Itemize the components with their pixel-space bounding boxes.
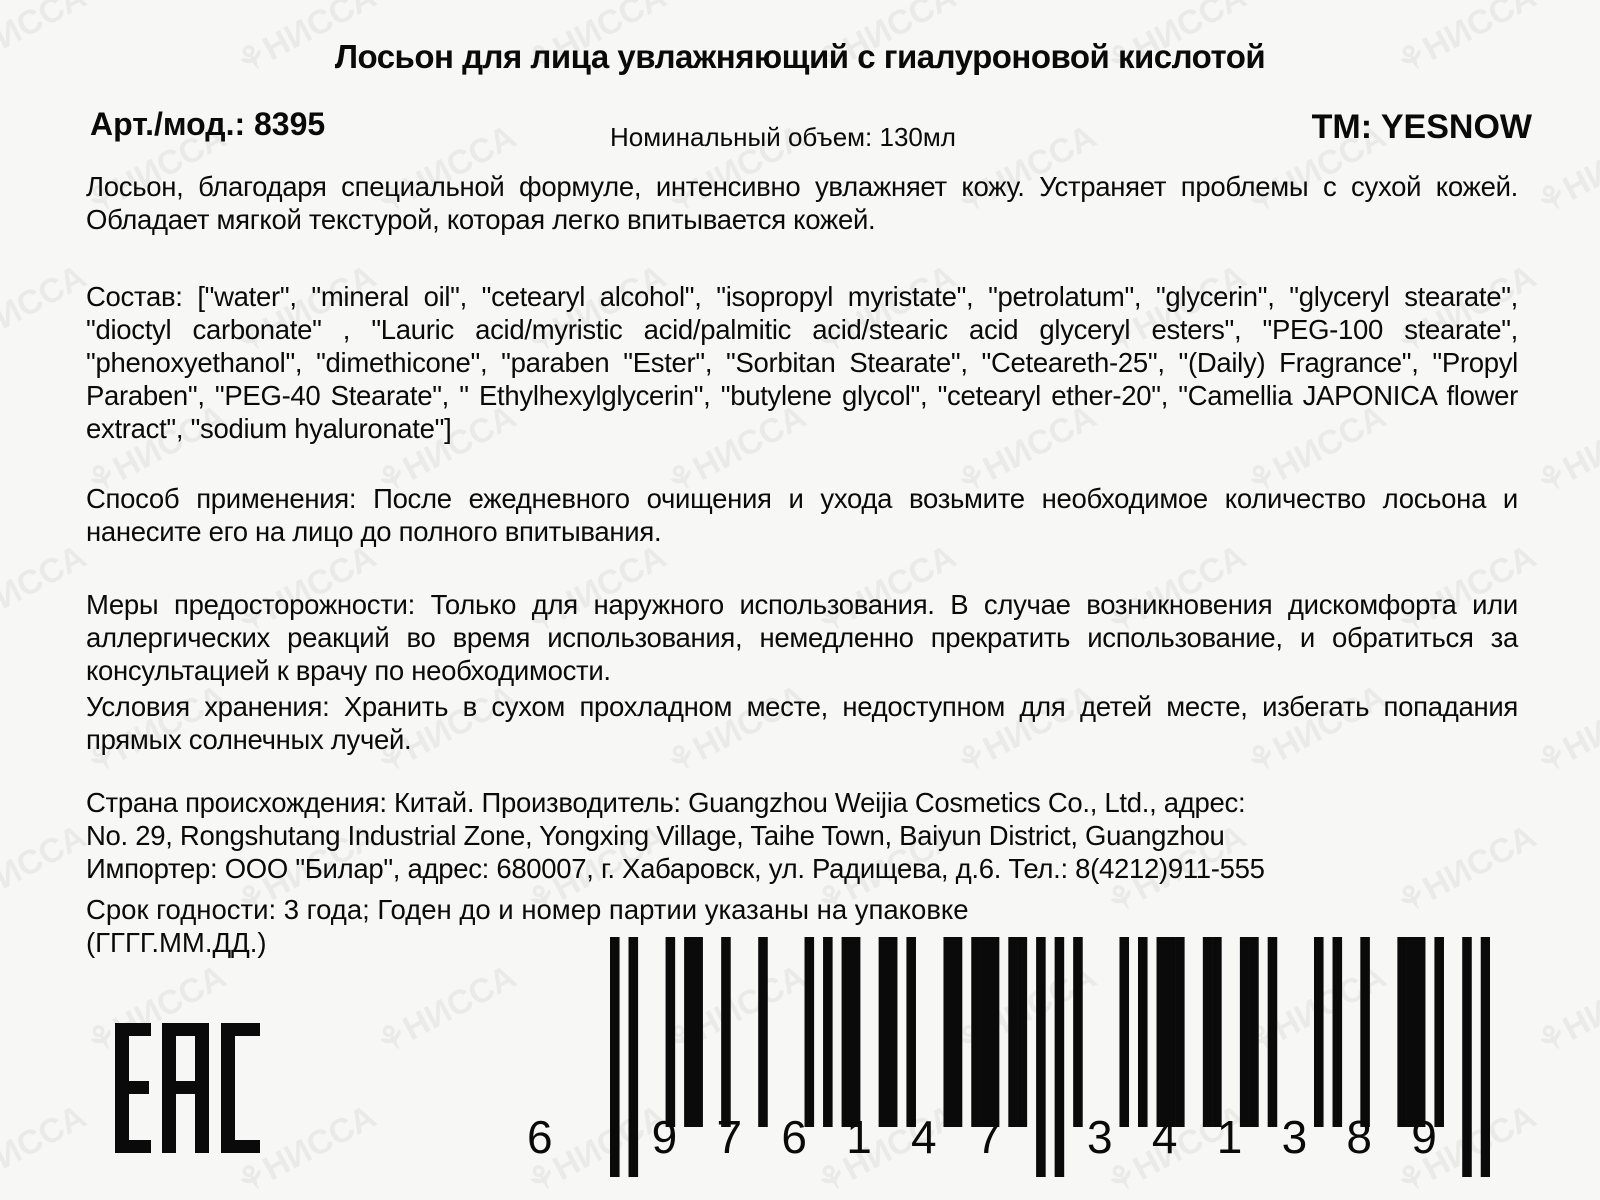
barcode-digit: 8 — [1346, 1110, 1372, 1164]
watermark-text: ⚘НИССА — [0, 257, 93, 364]
barcode-digit: 1 — [1217, 1110, 1243, 1164]
watermark-text: ⚘НИССА — [0, 817, 93, 924]
product-label: ⚘НИССА⚘НИССА⚘НИССА⚘НИССА⚘НИССА⚘НИССА⚘НИС… — [0, 0, 1600, 1200]
origin-manufacturer-importer: Страна происхождения: Китай. Производите… — [86, 786, 1518, 885]
barcode-digit: 6 — [527, 1110, 553, 1164]
barcode-digit: 4 — [1152, 1110, 1178, 1164]
usage-instructions: Способ применения: После ежедневного очи… — [86, 482, 1518, 548]
watermark-text: ⚘НИССА — [1530, 117, 1600, 224]
watermark-text: ⚘НИССА — [370, 957, 523, 1064]
origin-line: Страна происхождения: Китай. Производите… — [86, 786, 1518, 819]
barcode-digit: 9 — [652, 1110, 678, 1164]
article-number: Арт./мод.: 8395 — [90, 106, 325, 143]
product-description: Лосьон, благодаря специальной формуле, и… — [86, 170, 1518, 236]
manufacturer-address-line: No. 29, Rongshutang Industrial Zone, Yon… — [86, 819, 1518, 852]
watermark-text: ⚘НИССА — [0, 1097, 93, 1200]
watermark-text: ⚘НИССА — [1530, 397, 1600, 504]
product-title: Лосьон для лица увлажняющий с гиалуронов… — [0, 38, 1600, 76]
trademark: TM: YESNOW — [1312, 108, 1532, 147]
importer-line: Импортер: ООО "Билар", адрес: 680007, г.… — [86, 852, 1518, 885]
eac-mark-icon — [115, 1023, 260, 1153]
nominal-volume: Номинальный объем: 130мл — [610, 122, 956, 153]
watermark-text: ⚘НИССА — [0, 537, 93, 644]
barcode-digit: 4 — [911, 1110, 937, 1164]
barcode-digit: 6 — [781, 1110, 807, 1164]
watermark-text: ⚘НИССА — [1530, 677, 1600, 784]
barcode-digit: 1 — [846, 1110, 872, 1164]
storage-conditions: Условия хранения: Хранить в сухом прохла… — [86, 690, 1518, 756]
barcode-digit: 9 — [1411, 1110, 1437, 1164]
precautions: Меры предосторожности: Только для наружн… — [86, 588, 1518, 687]
watermark-text: ⚘НИССА — [1530, 957, 1600, 1064]
barcode-digit: 7 — [976, 1110, 1002, 1164]
ingredients-list: Состав: ["water", "mineral oil", "cetear… — [86, 280, 1518, 445]
barcode-digit: 3 — [1282, 1110, 1308, 1164]
barcode-digit: 3 — [1087, 1110, 1113, 1164]
barcode-digit: 7 — [717, 1110, 743, 1164]
